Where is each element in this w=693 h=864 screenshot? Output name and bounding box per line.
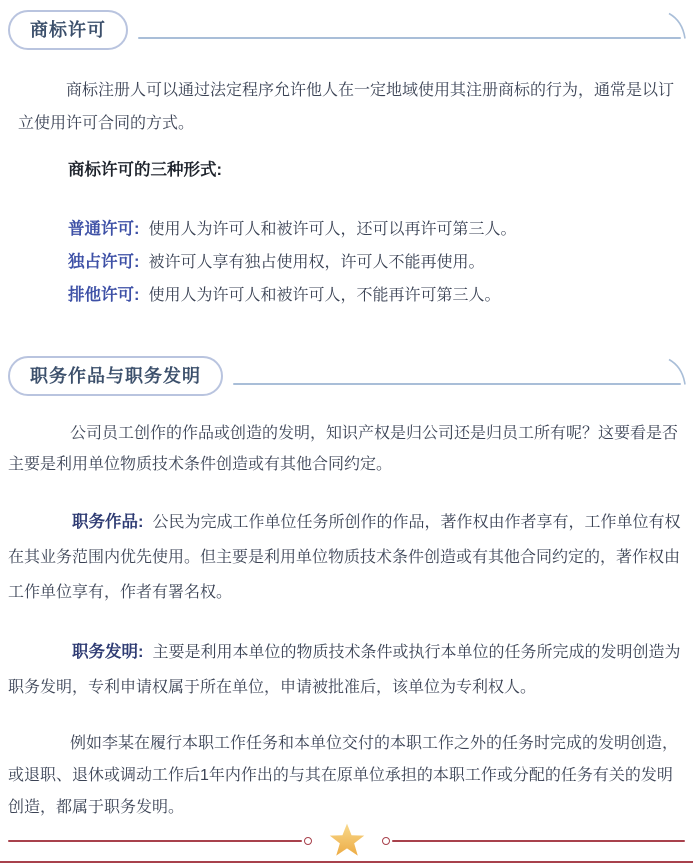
license-type-text: 被许可人享有独占使用权，许可人不能再使用。 — [149, 254, 485, 271]
section-badge: 职务作品与职务发明 — [8, 356, 223, 396]
section-badge: 商标许可 — [8, 10, 128, 50]
header-underline — [233, 356, 687, 396]
section-body: 公司员工创作的作品或创造的发明，知识产权是归公司还是归员工所有呢？这要看是否主要… — [0, 418, 693, 824]
duty-work-paragraph: 职务作品:公民为完成工作单位任务所创作的作品，著作权由作者享有，工作单位有权在其… — [8, 505, 685, 610]
duty-work-label: 职务作品: — [72, 513, 144, 531]
list-item: 排他许可:使用人为许可人和被许可人，不能再许可第三人。 — [18, 279, 677, 312]
intro-paragraph: 商标注册人可以通过法定程序允许他人在一定地域使用其注册商标的行为，通常是以订立使… — [18, 74, 677, 140]
page: 商标许可 商标注册人可以通过法定程序允许他人在一定地域使用其注册商标的行为，通常… — [0, 0, 693, 864]
footer-divider — [8, 823, 685, 859]
license-type-text: 使用人为许可人和被许可人，不能再许可第三人。 — [149, 287, 501, 304]
section-body: 商标注册人可以通过法定程序允许他人在一定地域使用其注册商标的行为，通常是以订立使… — [0, 74, 693, 312]
list-item: 独占许可:被许可人享有独占使用权，许可人不能再使用。 — [18, 246, 677, 279]
example-paragraph: 例如李某在履行本职工作任务和本单位交付的本职工作之外的任务时完成的发明创造，或退… — [8, 728, 685, 824]
section-header: 职务作品与职务发明 — [0, 356, 693, 396]
divider-ring-right — [382, 837, 390, 845]
section-trademark-license: 商标许可 商标注册人可以通过法定程序允许他人在一定地域使用其注册商标的行为，通常… — [0, 0, 693, 312]
intro-paragraph: 公司员工创作的作品或创造的发明，知识产权是归公司还是归员工所有呢？这要看是否主要… — [8, 418, 685, 480]
swoosh-curl-icon — [657, 356, 687, 386]
license-type-label: 排他许可: — [68, 286, 140, 304]
underline-line — [138, 37, 681, 39]
header-underline — [138, 10, 687, 50]
divider-line-left — [8, 840, 302, 842]
divider-ring-left — [304, 837, 312, 845]
license-type-list: 普通许可:使用人为许可人和被许可人，还可以再许可第三人。 独占许可:被许可人享有… — [18, 213, 677, 312]
license-forms-heading: 商标许可的三种形式: — [18, 154, 677, 187]
underline-line — [233, 383, 681, 385]
section-work-for-hire: 职务作品与职务发明 公司员工创作的作品或创造的发明，知识产权是归公司还是归员工所… — [0, 356, 693, 824]
license-type-label: 独占许可: — [68, 253, 140, 271]
swoosh-curl-icon — [657, 10, 687, 40]
star-icon — [328, 822, 366, 860]
license-type-label: 普通许可: — [68, 220, 140, 238]
section-header: 商标许可 — [0, 10, 693, 50]
license-type-text: 使用人为许可人和被许可人，还可以再许可第三人。 — [149, 221, 517, 238]
list-item: 普通许可:使用人为许可人和被许可人，还可以再许可第三人。 — [18, 213, 677, 246]
bottom-border-line — [0, 861, 693, 863]
duty-invention-label: 职务发明: — [72, 643, 144, 661]
divider-line-right — [392, 840, 686, 842]
duty-invention-paragraph: 职务发明:主要是利用本单位的物质技术条件或执行本单位的任务所完成的发明创造为职务… — [8, 635, 685, 705]
